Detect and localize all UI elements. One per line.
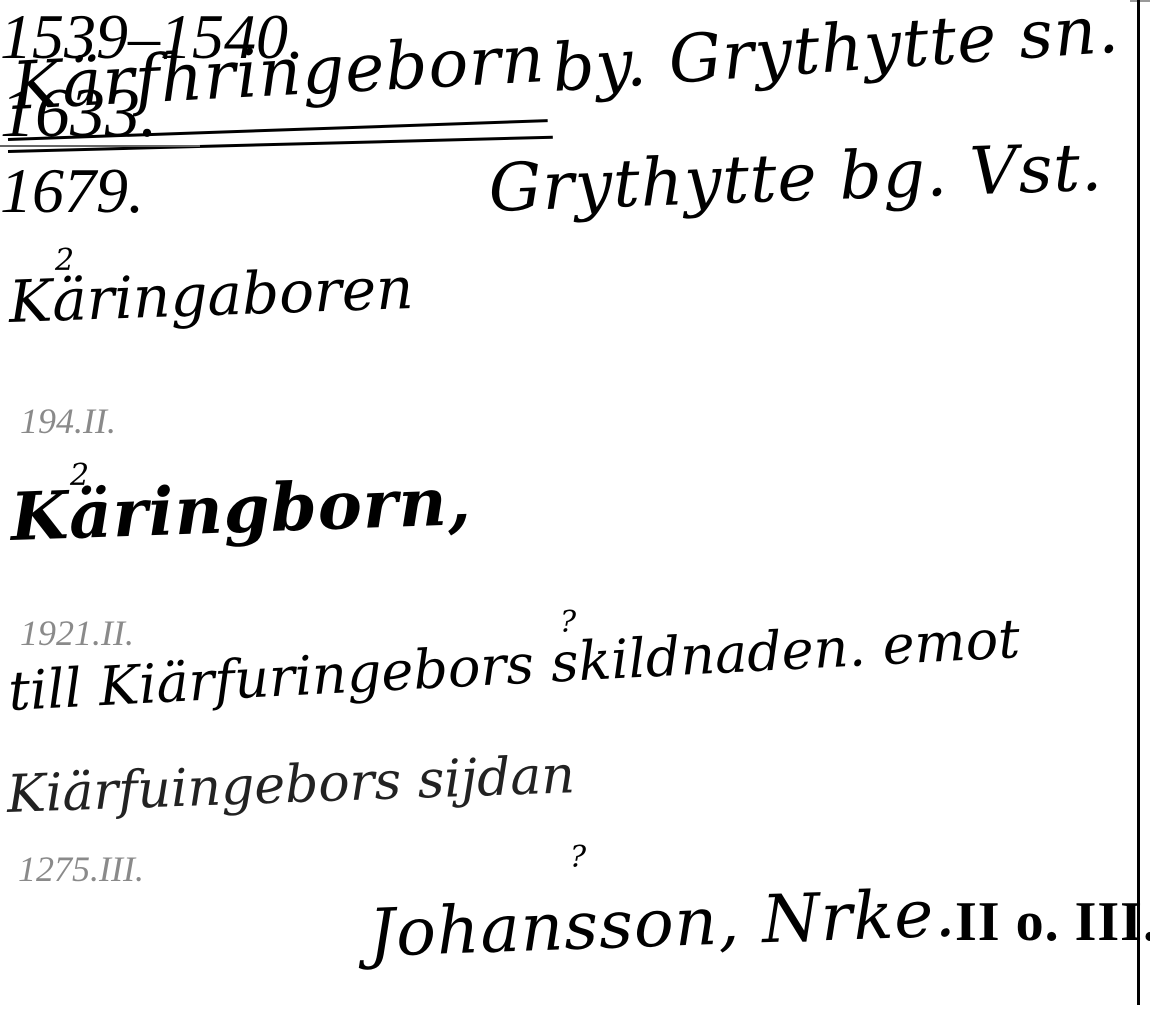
card-right-edge [1137,0,1140,1005]
entry-variant: Käringaboren [8,254,415,336]
date-uncertain-mark: ? [570,840,586,875]
entry-text-line-2: Kiärfuingebors sijdan [6,745,576,825]
card-top-edge [1130,0,1150,2]
entry-reference: 1275.III. [18,848,144,890]
entry-reference: 1921.II. [20,612,134,654]
entry-variant: Käringborn, [9,462,472,556]
entry-reference: 194.II. [20,400,116,442]
archive-card: Kärfhringeborn by. Grythytte sn. Grythyt… [0,0,1150,1034]
heading-underline-faint [0,145,200,147]
source-volumes: II o. III. [955,890,1150,954]
entry-text-line-1: till Kiärfuringebors skildnaden. emot [7,607,1022,723]
source-author: Johansson, Nrke. [367,875,957,972]
